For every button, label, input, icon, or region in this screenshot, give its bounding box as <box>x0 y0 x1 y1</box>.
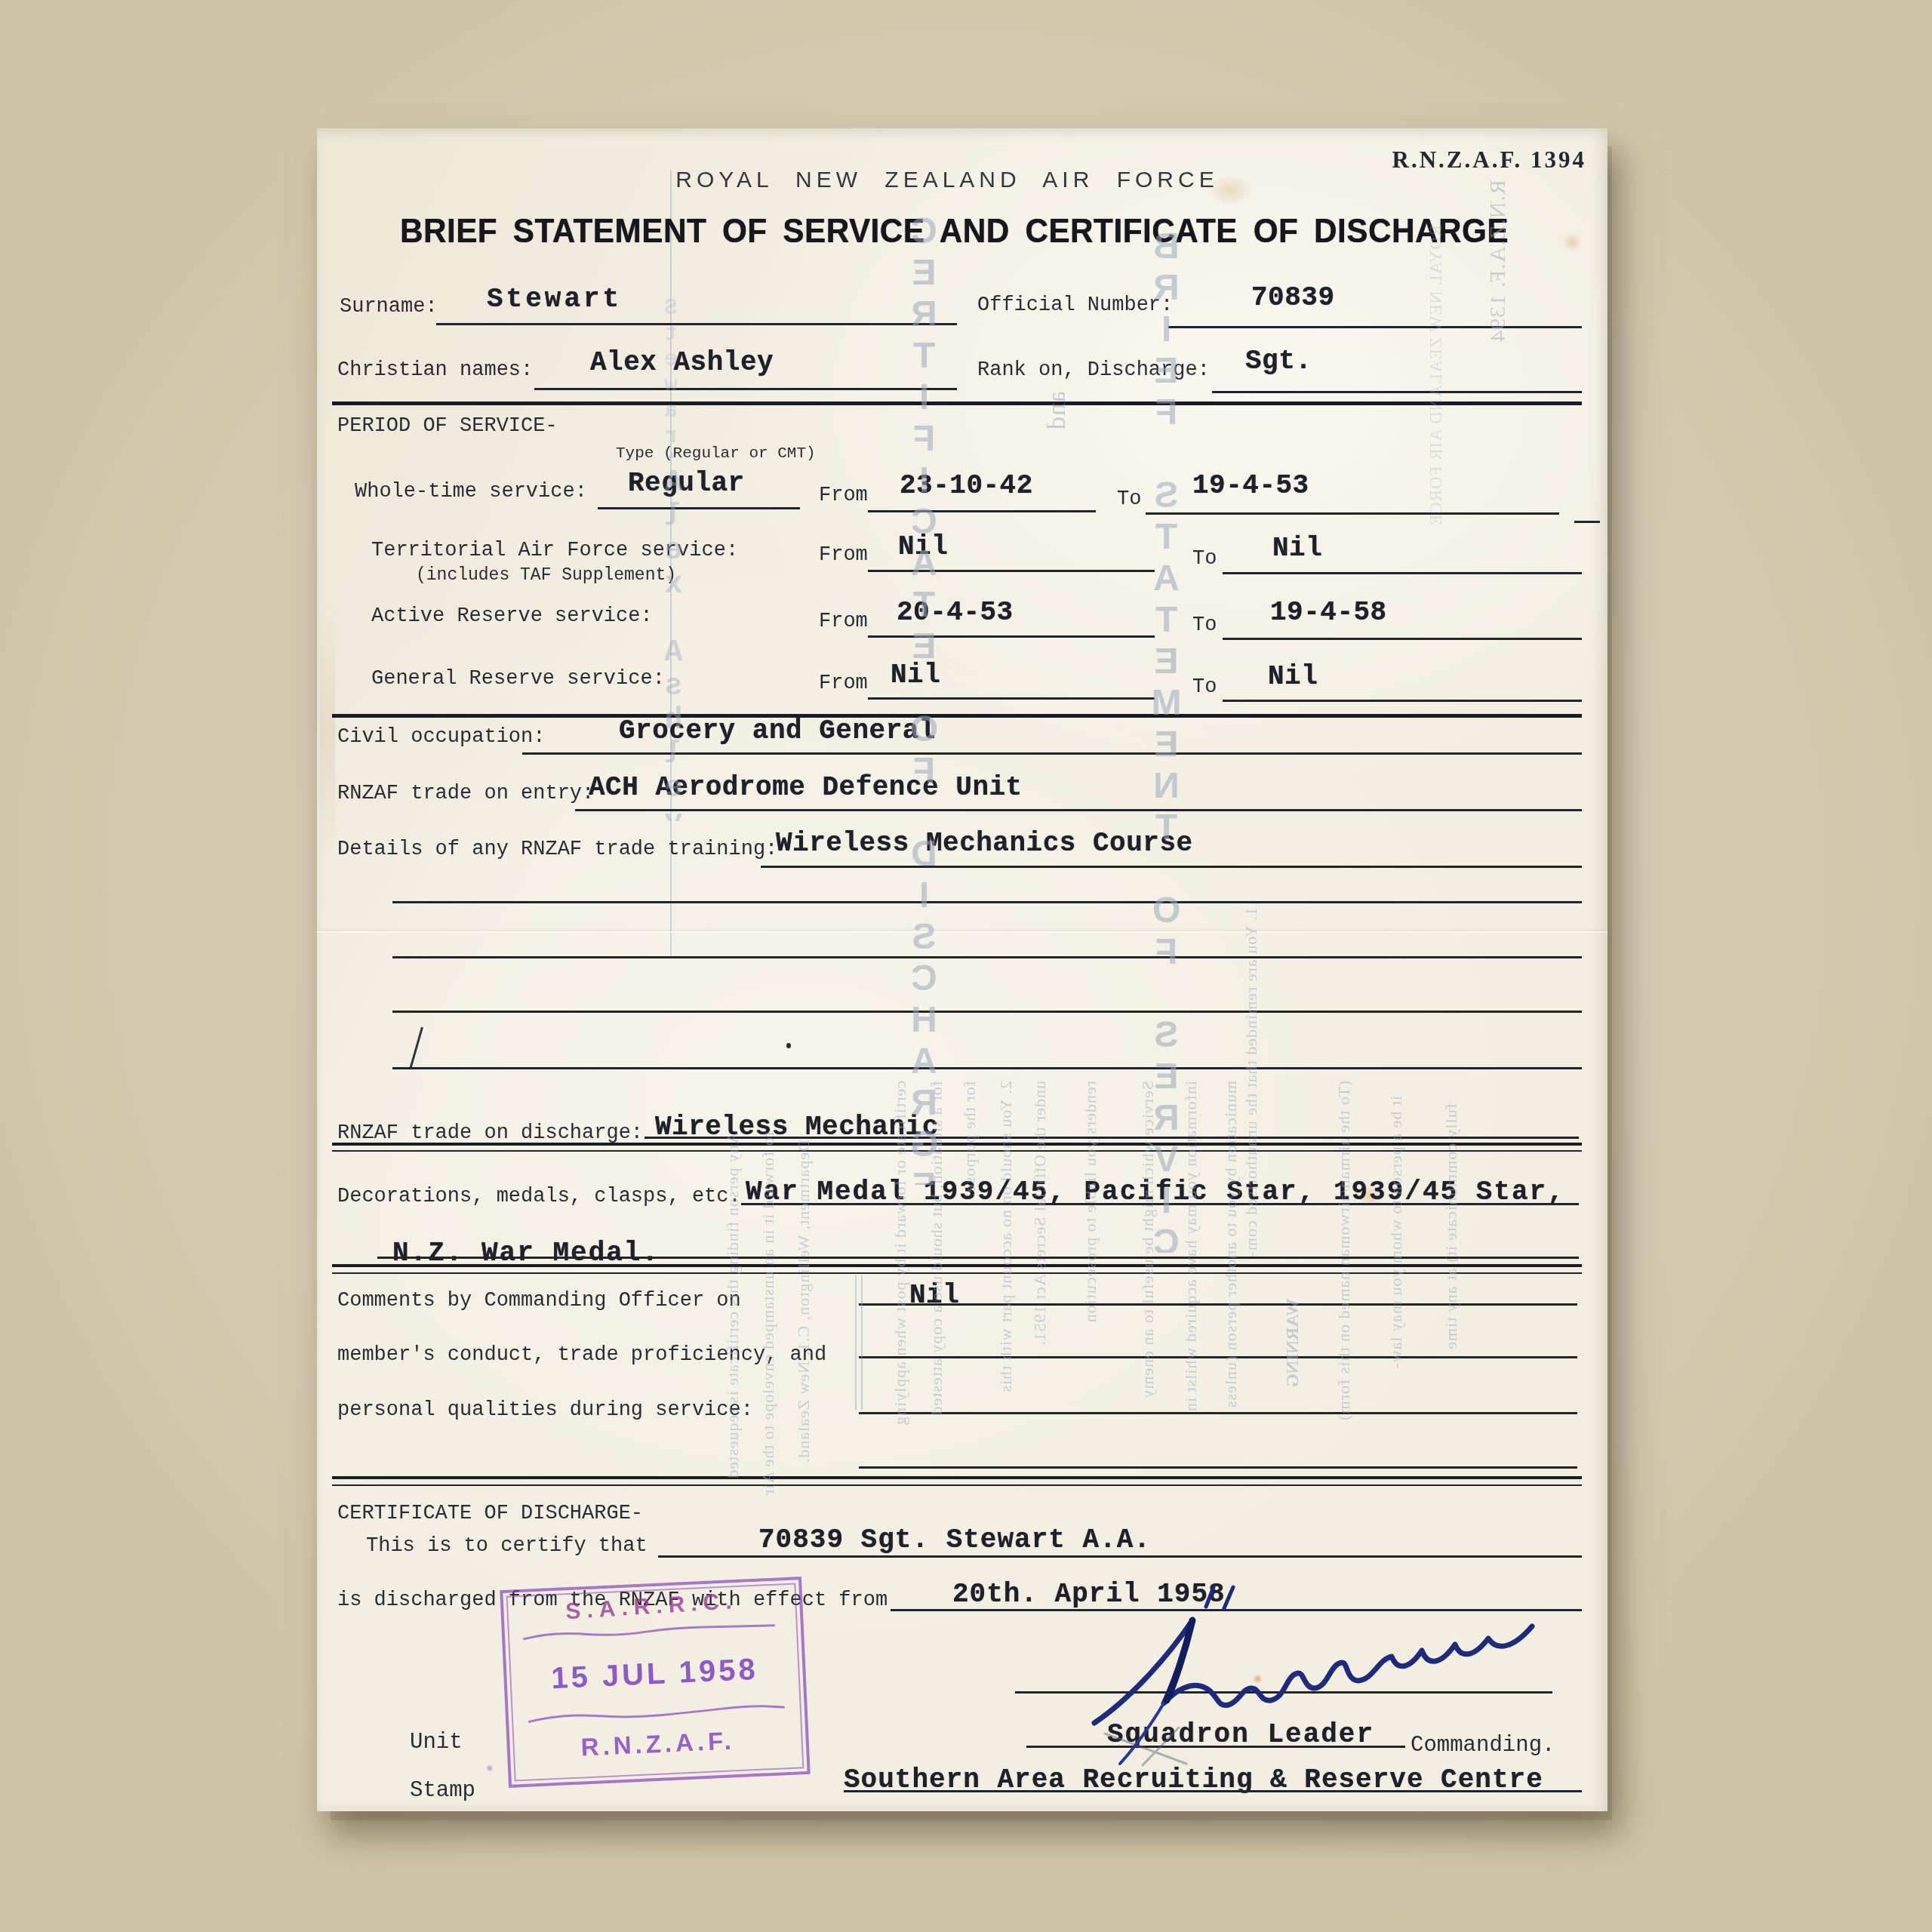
blank-line <box>392 901 1582 903</box>
recruiting-centre-rule <box>844 1790 1582 1792</box>
active-to-value: 19-4-58 <box>1270 597 1387 628</box>
rank-rule <box>1212 391 1582 393</box>
trade-on-entry-value: ACH Aerodrome Defence Unit <box>589 772 1023 803</box>
territorial-sublabel: (includes TAF Supplement) <box>416 565 676 585</box>
period-heading: PERIOD OF SERVICE- <box>337 415 558 438</box>
active-reserve-label: Active Reserve service: <box>371 605 653 629</box>
bleedthrough-fragment: under the Official Secrets Act 1951. <box>1030 1081 1050 1564</box>
surname-value: Stewart <box>487 284 622 315</box>
bleedthrough-fragment: munication by you to another person (unl… <box>1221 1081 1241 1654</box>
stray-dash <box>1574 521 1600 523</box>
civil-occupation-label: Civil occupation: <box>337 726 545 749</box>
territorial-to-value: Nil <box>1272 533 1322 564</box>
comments-label-line1: Comments by Commanding Officer on <box>337 1290 741 1313</box>
pen-slash-mark <box>409 1027 423 1070</box>
trade-on-entry-label: RNZAF trade on entry: <box>337 783 594 806</box>
unit-rubber-stamp: S.A.R.R.C. 15 JUL 1958 R.N.Z.A.F. <box>500 1577 810 1788</box>
wholetime-to-rule <box>1146 512 1559 515</box>
section-divider <box>332 1264 1582 1267</box>
bleedthrough-fragment: renders you liable to prosecution <box>1081 1081 1100 1534</box>
bleedthrough-fragment: it be a person to whom you may law- <box>1386 1096 1406 1518</box>
active-from-value: 20-4-53 <box>897 597 1014 628</box>
ink-dot <box>786 1043 791 1048</box>
wholetime-to-value: 19-4-53 <box>1192 470 1309 501</box>
civil-occupation-value: Grocery and General <box>619 715 936 746</box>
christian-names-label: Christian names: <box>337 359 533 383</box>
official-number-value: 70839 <box>1251 282 1335 313</box>
scanned-document-canvas: CERTIFICATE OF DISCHARGE BRIEF STATEMENT… <box>0 0 1932 1932</box>
active-from-rule <box>868 635 1155 638</box>
comments-rule2 <box>859 1356 1577 1358</box>
bleedthrough-fragment: for a situation, but should use a copy a… <box>927 1081 946 1707</box>
territorial-from-label: From <box>819 544 868 568</box>
wholetime-from-rule <box>868 510 1096 512</box>
unit-label: Unit <box>410 1730 463 1755</box>
wholetime-to-label: To <box>1117 488 1141 512</box>
certify-value: 70839 Sgt. Stewart A.A. <box>758 1524 1151 1555</box>
bleedthrough-margin-line <box>855 1275 863 1410</box>
section-divider <box>332 1476 1582 1479</box>
general-from-rule <box>868 697 1155 700</box>
trade-training-rule <box>761 866 1582 868</box>
active-to-rule <box>1223 638 1582 640</box>
wholetime-type-rule <box>598 507 800 509</box>
general-to-label: To <box>1192 676 1217 700</box>
territorial-to-label: To <box>1192 548 1217 571</box>
bleedthrough-warning: WARNING <box>1283 1298 1303 1428</box>
territorial-to-rule <box>1223 572 1582 574</box>
bleedthrough-fragment: fully communicate it) at any time <box>1441 1103 1461 1496</box>
territorial-from-value: Nil <box>898 531 948 562</box>
official-number-rule <box>1168 326 1582 328</box>
comments-label-line3: personal qualities during service: <box>337 1399 753 1423</box>
certify-label: This is to certify that <box>366 1535 648 1558</box>
general-from-value: Nil <box>891 660 940 691</box>
stamp-label: Stamp <box>410 1778 475 1803</box>
certify-rule <box>658 1555 1582 1558</box>
bleedthrough-fragment: (To the airman/airwoman named on this fo… <box>1334 1081 1354 1609</box>
comments-rule1 <box>859 1303 1577 1306</box>
active-from-label: From <box>819 611 868 634</box>
section-divider-thin <box>332 1272 1582 1274</box>
general-to-value: Nil <box>1268 661 1318 692</box>
christian-names-rule <box>534 388 957 390</box>
wholetime-from-label: From <box>819 485 868 508</box>
wholetime-type-value: Regular <box>628 468 745 499</box>
comments-label-line2: member's conduct, trade proficiency, and <box>337 1344 826 1367</box>
horizontal-fold-crease <box>317 931 1607 933</box>
surname-rule <box>436 323 957 325</box>
wholetime-from-value: 23-10-42 <box>900 470 1033 501</box>
certificate-heading: CERTIFICATE OF DISCHARGE- <box>337 1503 643 1526</box>
force-title: ROYAL NEW ZEALAND AIR FORCE <box>317 168 1577 193</box>
discharge-certificate-page: CERTIFICATE OF DISCHARGE BRIEF STATEMENT… <box>317 128 1607 1811</box>
section-divider <box>332 714 1582 718</box>
decorations-label: Decorations, medals, clasps, etc. <box>337 1186 741 1209</box>
wholetime-label: Whole-time service: <box>355 481 587 504</box>
official-number-label: Official Number: <box>977 294 1173 318</box>
civil-occupation-rule <box>522 752 1582 755</box>
comments-value: Nil <box>909 1280 959 1311</box>
bleedthrough-fragment: 1. You are reminded that the unauthorise… <box>1241 907 1261 1571</box>
active-to-label: To <box>1192 614 1217 638</box>
comments-rule4 <box>859 1466 1577 1469</box>
trade-on-entry-rule <box>575 809 1582 811</box>
signature-scrawl <box>1072 1574 1570 1770</box>
main-title: BRIEF STATEMENT OF SERVICE AND CERTIFICA… <box>317 211 1592 251</box>
period-type-note: Type (Regular or CMT) <box>616 445 816 463</box>
decorations-rule <box>741 1203 1579 1205</box>
general-from-label: From <box>819 672 868 696</box>
general-to-rule <box>1223 700 1582 702</box>
bleedthrough-title-and: and <box>1043 391 1072 451</box>
section-divider-thin <box>332 1150 1582 1152</box>
territorial-label: Territorial Air Force service: <box>371 540 738 563</box>
blank-line <box>392 1067 1582 1069</box>
decorations-rule2 <box>377 1257 1579 1259</box>
section-divider <box>332 401 1582 405</box>
christian-names-value: Alex Ashley <box>590 347 774 378</box>
rank-value: Sgt. <box>1245 346 1312 377</box>
bleedthrough-typed-christian-names: Alex Ashley <box>657 466 691 821</box>
trade-on-discharge-rule <box>645 1137 1579 1139</box>
blank-line <box>392 956 1582 958</box>
territorial-from-rule <box>868 570 1155 572</box>
stamp-ink-dot <box>486 1764 494 1772</box>
trade-training-label: Details of any RNZAF trade training: <box>337 838 777 862</box>
comments-rule3 <box>859 1412 1577 1414</box>
section-divider-thin <box>332 1484 1582 1486</box>
blank-line <box>392 1011 1582 1013</box>
edge-smudge <box>320 604 335 860</box>
section-divider <box>332 1143 1582 1146</box>
rank-label: Rank on, Discharge: <box>977 359 1210 383</box>
trade-training-value: Wireless Mechanics Course <box>776 828 1193 859</box>
surname-label: Surname: <box>340 296 438 319</box>
bleedthrough-fragment: certificate or forward it by post when a… <box>891 1081 910 1707</box>
general-reserve-label: General Reserve service: <box>371 668 665 691</box>
